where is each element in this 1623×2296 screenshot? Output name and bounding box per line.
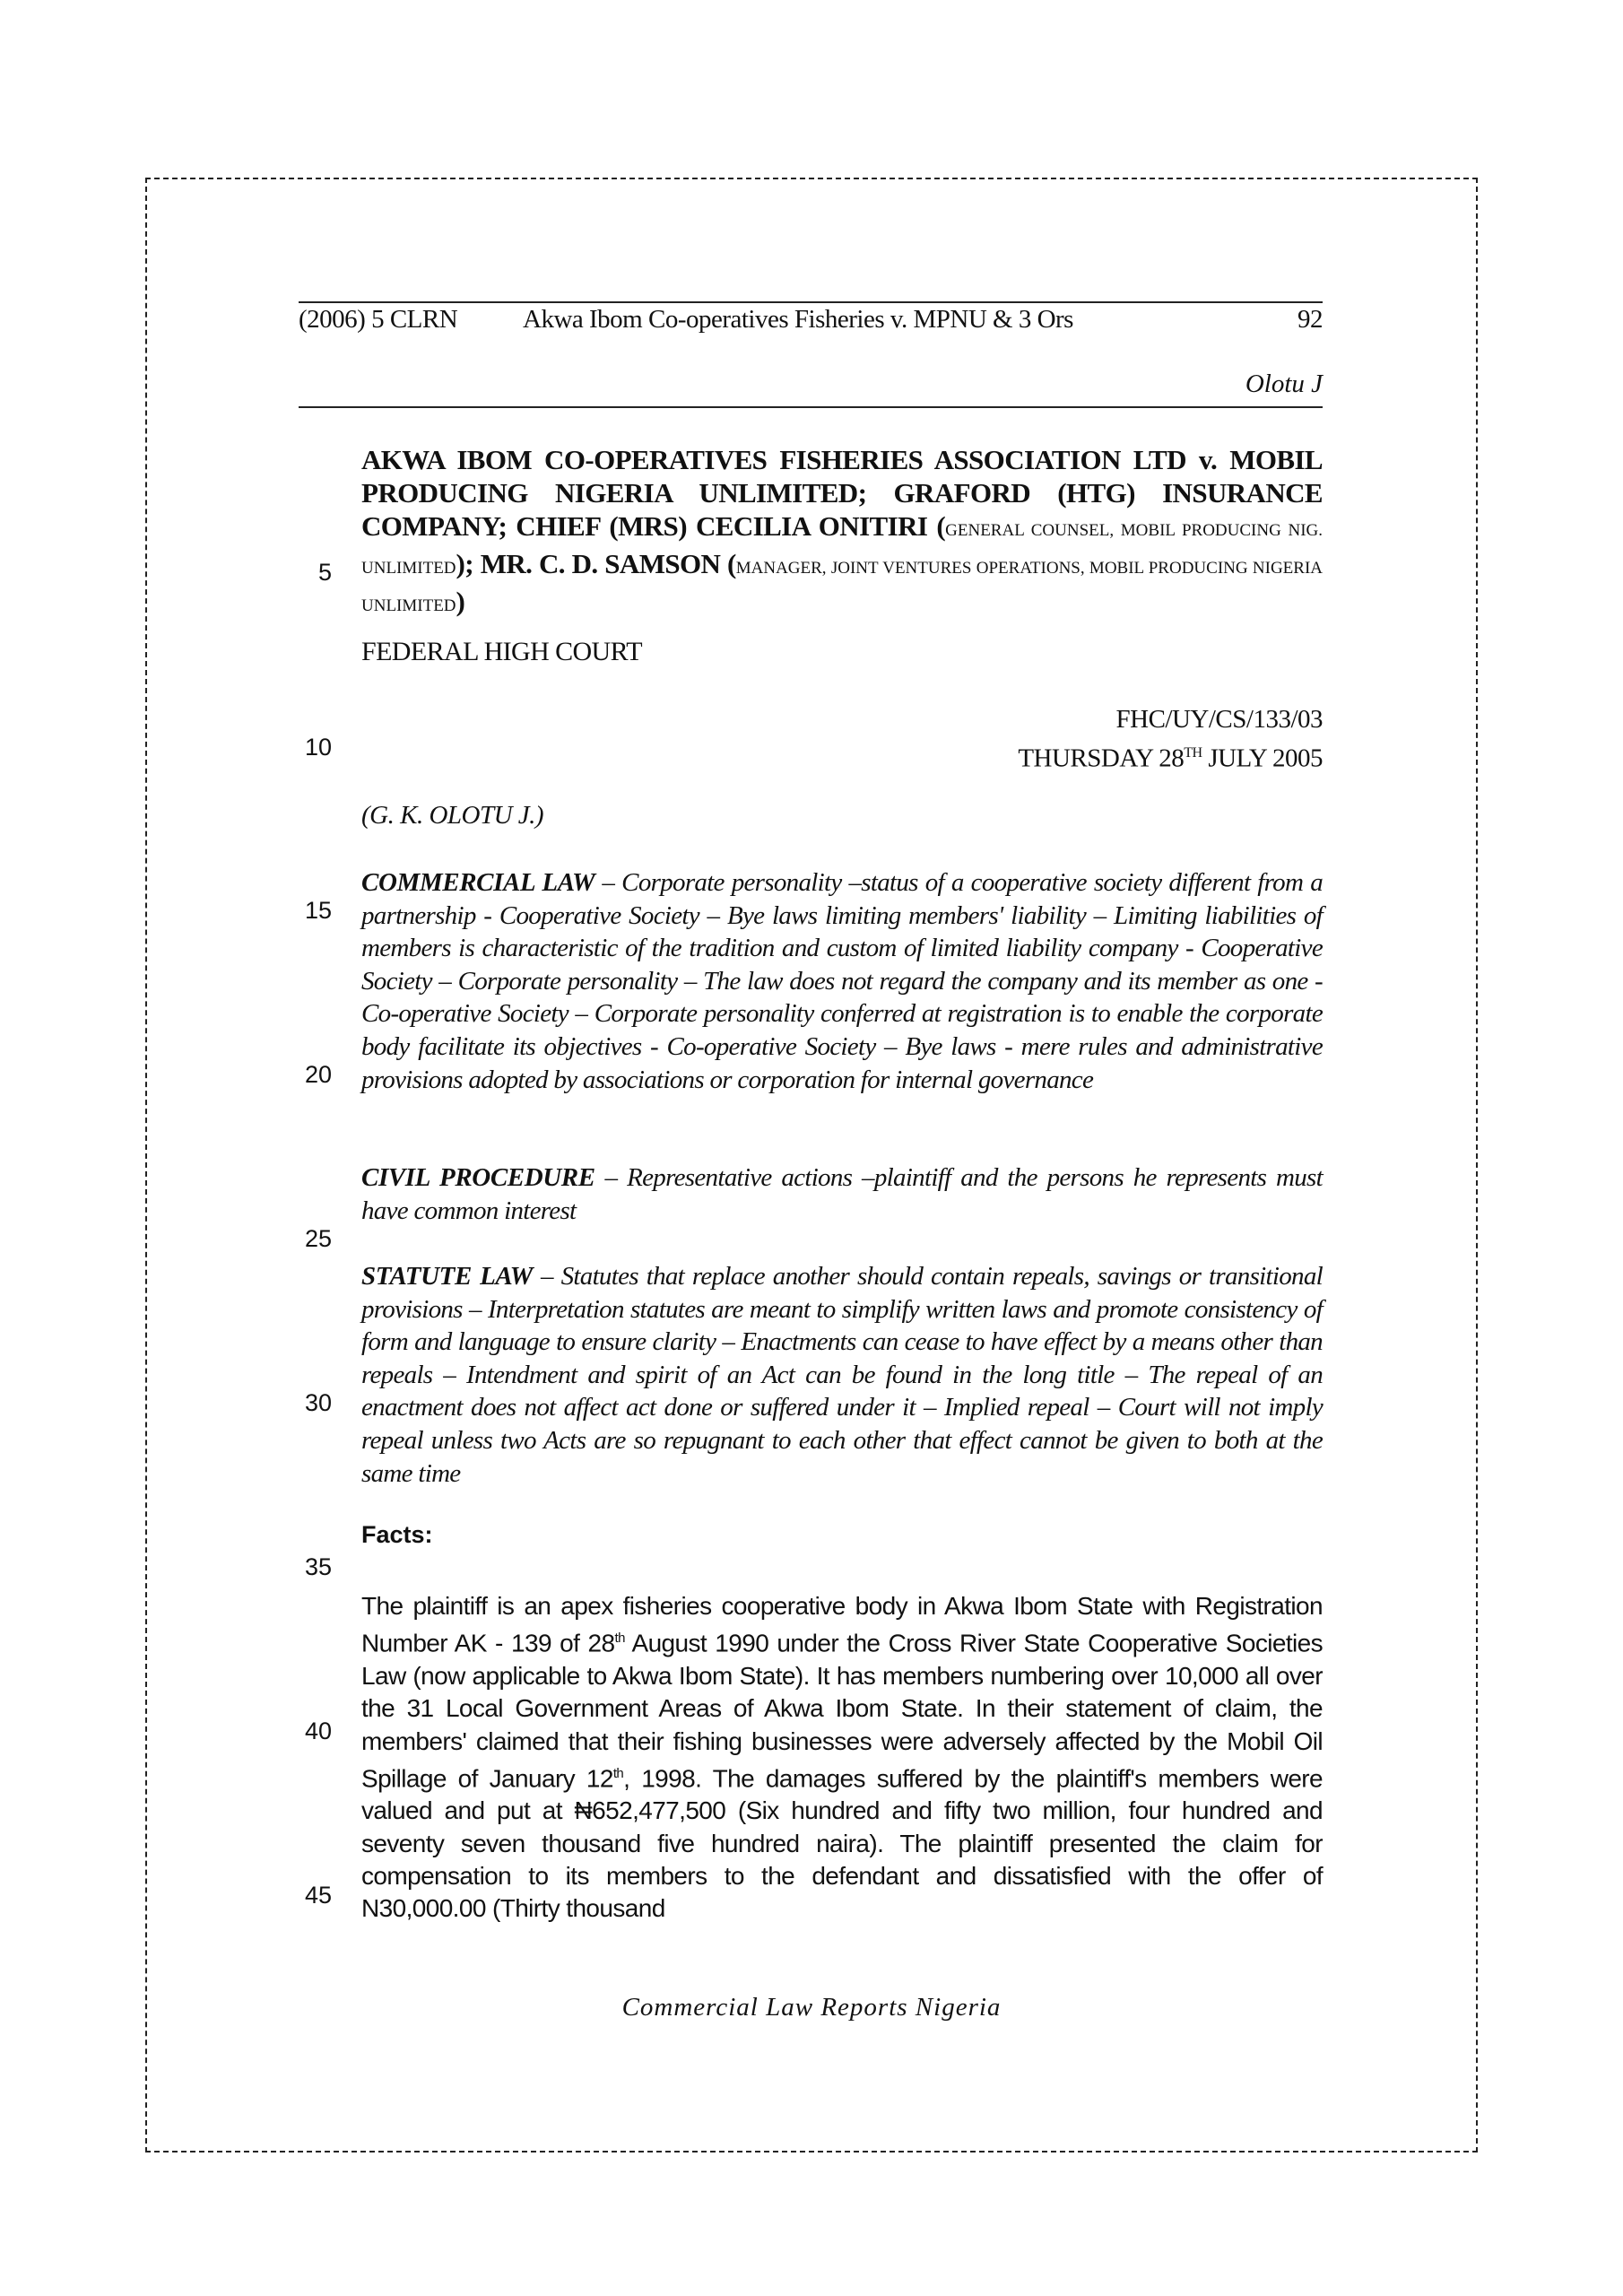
date-suffix: JULY 2005: [1202, 744, 1323, 773]
coram: (G. K. OLOTU J.): [361, 801, 1323, 831]
ordinal: th: [615, 1631, 625, 1646]
citation: (2006) 5 CLRN: [299, 305, 457, 335]
catchword-text: – Statutes that replace another should c…: [361, 1262, 1323, 1488]
line-number: 25: [269, 1225, 332, 1253]
court-name: FEDERAL HIGH COURT: [361, 637, 1323, 667]
catchword-subject: CIVIL PROCEDURE: [361, 1163, 595, 1192]
paren: ): [456, 548, 465, 579]
date-prefix: THURSDAY 28: [1018, 744, 1184, 773]
page-footer: Commercial Law Reports Nigeria: [0, 1993, 1623, 2022]
judgment-date: THURSDAY 28TH JULY 2005: [361, 736, 1323, 776]
catchword-subject: COMMERCIAL LAW: [361, 868, 595, 897]
header-rule-bottom: [299, 406, 1323, 408]
date-ordinal: TH: [1184, 745, 1202, 761]
paren: (: [727, 548, 736, 579]
ordinal: th: [613, 1766, 623, 1781]
paren: (: [936, 510, 945, 542]
line-number: 30: [269, 1389, 332, 1417]
running-title: Akwa Ibom Co-operatives Fisheries v. MPN…: [523, 305, 1073, 335]
catchword-subject: STATUTE LAW: [361, 1262, 533, 1291]
suit-info: FHC/UY/CS/133/03 THURSDAY 28TH JULY 2005: [361, 703, 1323, 776]
running-header: (2006) 5 CLRN Akwa Ibom Co-operatives Fi…: [299, 305, 1323, 341]
line-number: 40: [269, 1718, 332, 1745]
catchword-civil-procedure: CIVIL PROCEDURE – Representative actions…: [361, 1161, 1323, 1227]
page-number: 92: [1298, 305, 1323, 335]
facts-heading: Facts:: [361, 1521, 1323, 1549]
paren: ): [456, 586, 465, 617]
case-parties: AKWA IBOM CO-OPERATIVES FISHERIES ASSOCI…: [361, 443, 1323, 622]
facts-paragraph: The plaintiff is an apex fisheries coope…: [361, 1590, 1323, 1926]
suit-number: FHC/UY/CS/133/03: [361, 703, 1323, 736]
catchword-statute-law: STATUTE LAW – Statutes that replace anot…: [361, 1260, 1323, 1490]
judge-name: Olotu J: [1245, 370, 1323, 399]
catchword-commercial-law: COMMERCIAL LAW – Corporate personality –…: [361, 866, 1323, 1096]
parties-separator: ; MR. C. D. SAMSON: [464, 548, 727, 579]
line-number: 35: [269, 1553, 332, 1581]
line-number: 5: [269, 559, 332, 587]
catchword-text: – Corporate personality –status of a coo…: [361, 868, 1323, 1094]
line-number: 10: [269, 734, 332, 761]
line-number: 15: [269, 897, 332, 925]
header-rule-top: [299, 301, 1323, 303]
line-number: 20: [269, 1061, 332, 1089]
line-number: 45: [269, 1882, 332, 1909]
